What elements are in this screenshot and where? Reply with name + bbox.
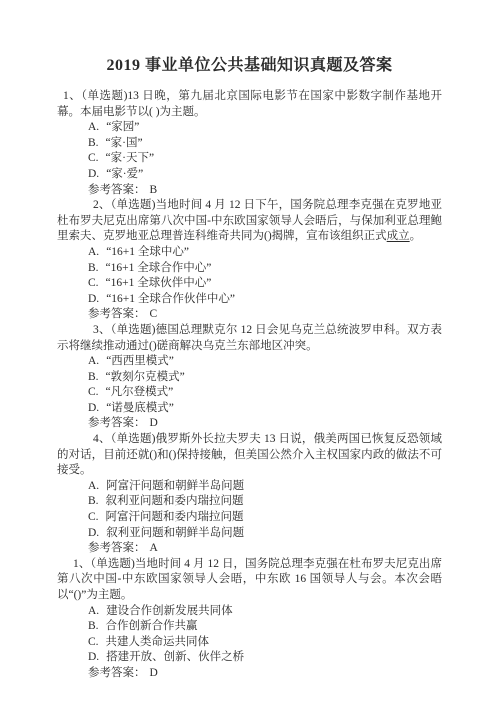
option-text: “家·爱” (106, 168, 143, 180)
option-label: A. (88, 480, 99, 492)
option-row: B.“敦刻尔克模式” (57, 370, 442, 386)
question-number: 3、 (93, 324, 111, 336)
option-label: B. (88, 262, 99, 274)
option-text: 搭建开放、创新、伙伴之桥 (106, 651, 244, 663)
question-number: 2、 (93, 199, 111, 211)
option-label: C. (88, 511, 99, 523)
option-label: B. (88, 620, 99, 632)
option-row: A.建设合作创新发展共同体 (57, 604, 442, 620)
option-text: “16+1 全球合作中心” (106, 262, 212, 274)
option-text: 叙利亚问题和朝鲜半岛问题 (106, 527, 244, 539)
option-label: C. (88, 277, 99, 289)
answer-value: D (150, 417, 158, 429)
option-row: D.“家·爱” (57, 167, 442, 183)
option-text: “16+1 全球伙伴中心” (106, 277, 212, 289)
option-label: A. (88, 605, 99, 617)
option-row: B.“16+1 全球合作中心” (57, 261, 442, 277)
option-row: A.“16+1 全球中心” (57, 245, 442, 261)
question-stem: 2、（单选题)当地时间 4 月 12 日下午，国务院总理李克强在克罗地亚杜布罗夫… (57, 198, 442, 245)
answer-value: A (150, 542, 158, 554)
option-row: C.共建人类命运共同体 (57, 635, 442, 651)
option-row: D.“16+1 全球合作伙伴中心” (57, 292, 442, 308)
option-label: A. (88, 121, 99, 133)
option-label: A. (88, 355, 99, 367)
answer-prefix: 参考答案： (88, 667, 146, 679)
option-row: D.叙利亚问题和朝鲜半岛问题 (57, 526, 442, 542)
option-label: C. (88, 386, 99, 398)
answer-line: 参考答案：C (57, 307, 442, 323)
option-text: “16+1 全球合作伙伴中心” (106, 293, 235, 305)
options-list: A.“家园” B.“家·国” C.“家·天下” D.“家·爱” (57, 120, 442, 182)
answer-value: D (150, 667, 158, 679)
option-row: C.“凡尔登模式” (57, 385, 442, 401)
answer-prefix: 参考答案： (88, 184, 146, 196)
option-row: C.阿富汗问题和委内瑞拉问题 (57, 510, 442, 526)
answer-line: 参考答案：A (57, 541, 442, 557)
option-label: B. (88, 495, 99, 507)
question-block: 1、（单选题)当地时间 4 月 12 日，国务院总理李克强在杜布罗夫尼克出席第八… (57, 557, 442, 682)
question-stem: 4、（单选题)俄罗斯外长拉夫罗夫 13 日说，俄美两国已恢复反恐领域的对话，目前… (57, 432, 442, 479)
option-label: B. (88, 371, 99, 383)
option-text: “西西里模式” (106, 355, 174, 367)
option-label: D. (88, 527, 99, 539)
option-row: B.叙利亚问题和委内瑞拉问题 (57, 494, 442, 510)
option-text: 叙利亚问题和委内瑞拉问题 (106, 495, 244, 507)
option-label: C. (88, 636, 99, 648)
option-label: C. (88, 152, 99, 164)
option-row: B.合作创新合作共赢 (57, 619, 442, 635)
option-row: B.“家·国” (57, 136, 442, 152)
answer-prefix: 参考答案： (88, 542, 146, 554)
question-text-end: 。 (410, 230, 422, 242)
question-list: 1、（单选题)13 日晚，第九届北京国际电影节在国家中影数字制作基地开幕。本届电… (57, 89, 442, 682)
question-block: 3、（单选题)德国总理默克尔 12 日会见乌克兰总统波罗申科。双方表示将继续推动… (57, 323, 442, 432)
option-label: A. (88, 246, 99, 258)
answer-line: 参考答案：D (57, 416, 442, 432)
answer-value: C (150, 308, 158, 320)
options-list: A.“16+1 全球中心” B.“16+1 全球合作中心” C.“16+1 全球… (57, 245, 442, 307)
option-row: D.搭建开放、创新、伙伴之桥 (57, 650, 442, 666)
options-list: A.“西西里模式” B.“敦刻尔克模式” C.“凡尔登模式” D.“诺曼底模式” (57, 354, 442, 416)
option-text: 共建人类命运共同体 (106, 636, 210, 648)
question-number: 4、 (93, 433, 111, 445)
option-label: D. (88, 402, 99, 414)
answer-prefix: 参考答案： (88, 308, 146, 320)
option-text: 阿富汗问题和朝鲜半岛问题 (106, 480, 244, 492)
question-block: 2、（单选题)当地时间 4 月 12 日下午，国务院总理李克强在克罗地亚杜布罗夫… (57, 198, 442, 323)
answer-line: 参考答案：D (57, 666, 442, 682)
question-number: 1、 (63, 90, 81, 102)
option-text: “家·天下” (106, 152, 155, 164)
options-list: A.建设合作创新发展共同体 B.合作创新合作共赢 C.共建人类命运共同体 D.搭… (57, 604, 442, 666)
question-type-tag: （单选题) (81, 90, 127, 102)
option-text: “家·国” (106, 137, 143, 149)
option-label: D. (88, 168, 99, 180)
question-text-underlined: 成立 (387, 230, 410, 242)
answer-line: 参考答案：B (57, 183, 442, 199)
question-stem: 1、（单选题)当地时间 4 月 12 日，国务院总理李克强在杜布罗夫尼克出席第八… (57, 557, 442, 604)
document-title: 2019 事业单位公共基础知识真题及答案 (57, 56, 442, 76)
option-label: B. (88, 137, 99, 149)
question-type-tag: （单选题) (111, 433, 156, 445)
question-number: 1、 (73, 558, 90, 570)
question-stem: 3、（单选题)德国总理默克尔 12 日会见乌克兰总统波罗申科。双方表示将继续推动… (57, 323, 442, 354)
option-text: 建设合作创新发展共同体 (106, 605, 233, 617)
options-list: A.阿富汗问题和朝鲜半岛问题 B.叙利亚问题和委内瑞拉问题 C.阿富汗问题和委内… (57, 479, 442, 541)
question-block: 4、（单选题)俄罗斯外长拉夫罗夫 13 日说，俄美两国已恢复反恐领域的对话，目前… (57, 432, 442, 557)
option-label: D. (88, 293, 99, 305)
question-block: 1、（单选题)13 日晚，第九届北京国际电影节在国家中影数字制作基地开幕。本届电… (57, 89, 442, 198)
option-row: A.“家园” (57, 120, 442, 136)
question-type-tag: （单选题) (90, 558, 134, 570)
question-type-tag: （单选题) (111, 199, 156, 211)
option-text: 合作创新合作共赢 (106, 620, 198, 632)
option-text: “家园” (106, 121, 139, 133)
document-page: 2019 事业单位公共基础知识真题及答案 1、（单选题)13 日晚，第九届北京国… (0, 0, 499, 706)
option-text: “敦刻尔克模式” (106, 371, 185, 383)
option-text: “16+1 全球中心” (106, 246, 189, 258)
option-row: A.“西西里模式” (57, 354, 442, 370)
option-row: D.“诺曼底模式” (57, 401, 442, 417)
option-text: “诺曼底模式” (106, 402, 174, 414)
option-text: 阿富汗问题和委内瑞拉问题 (106, 511, 244, 523)
question-stem: 1、（单选题)13 日晚，第九届北京国际电影节在国家中影数字制作基地开幕。本届电… (57, 89, 442, 120)
option-row: A.阿富汗问题和朝鲜半岛问题 (57, 479, 442, 495)
answer-value: B (150, 184, 158, 196)
option-label: D. (88, 651, 99, 663)
option-row: C.“家·天下” (57, 151, 442, 167)
question-type-tag: （单选题) (111, 324, 156, 336)
answer-prefix: 参考答案： (88, 417, 146, 429)
option-text: “凡尔登模式” (106, 386, 174, 398)
option-row: C.“16+1 全球伙伴中心” (57, 276, 442, 292)
